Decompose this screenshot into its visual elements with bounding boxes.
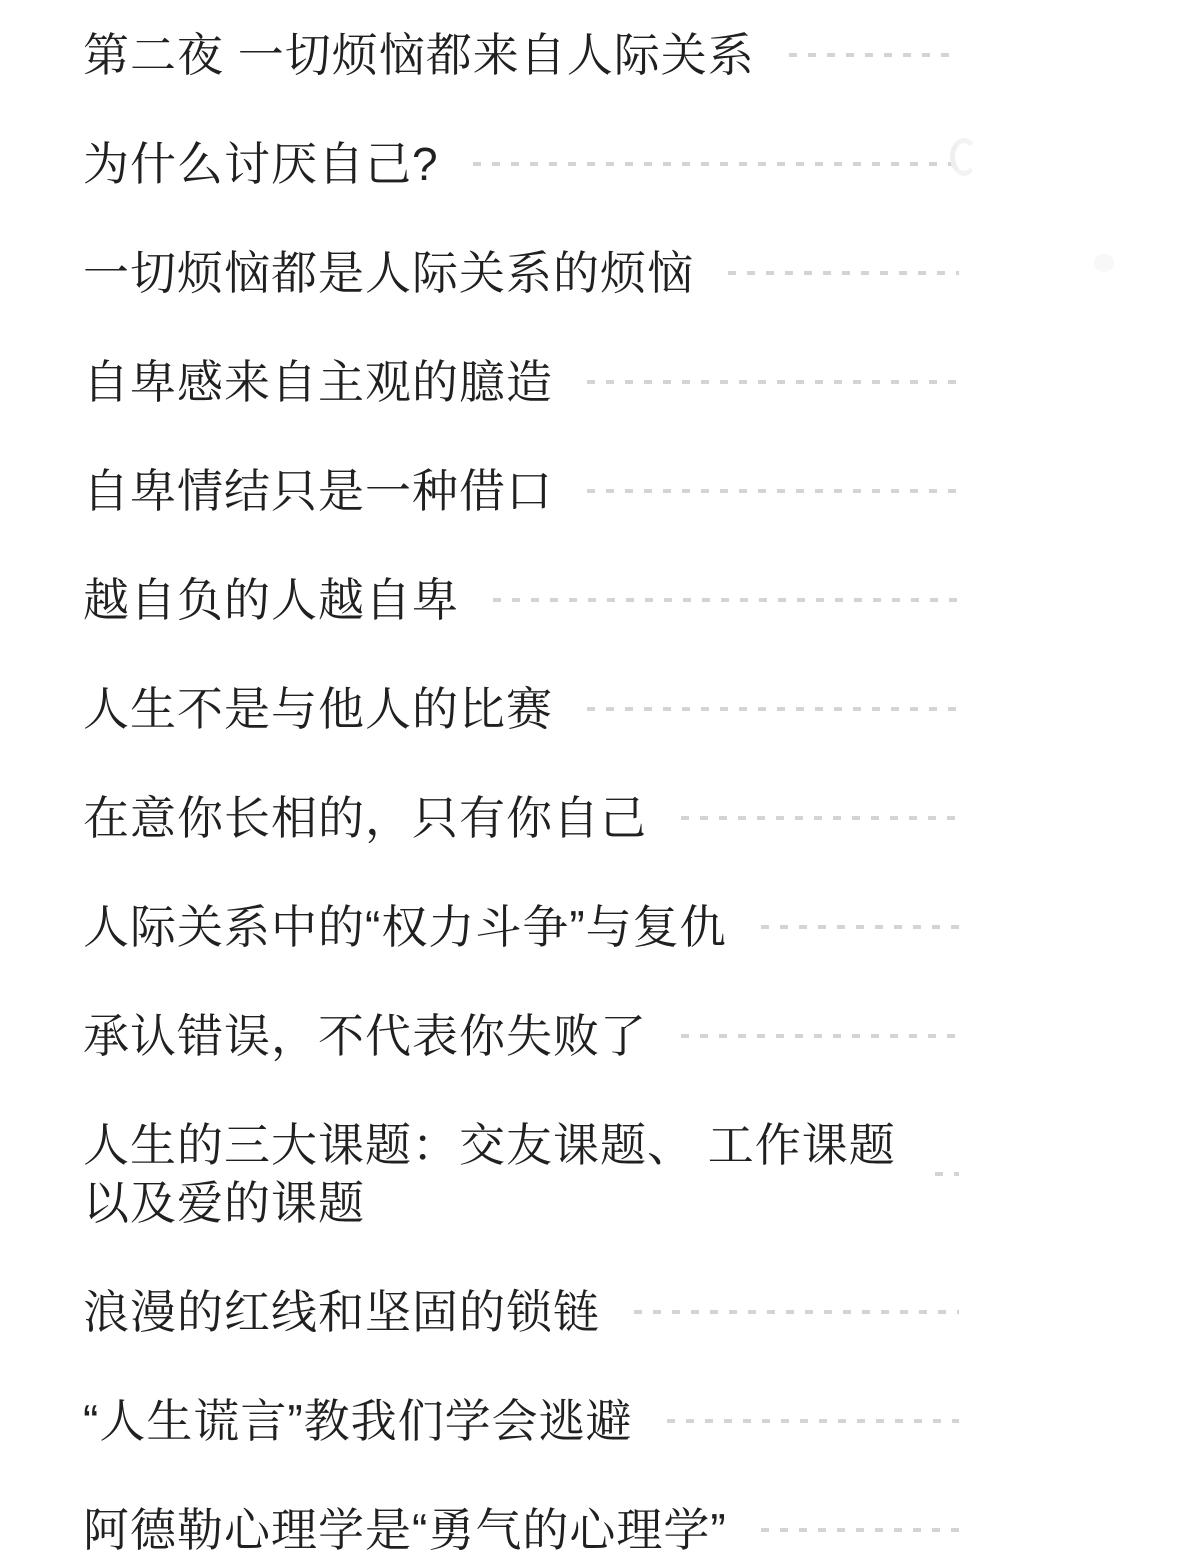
toc-entry-title[interactable]: 第二夜 一切烦恼都来自人际关系 bbox=[83, 26, 755, 84]
toc-entry-title[interactable]: 自卑感来自主观的臆造 bbox=[83, 353, 553, 411]
toc-entry-title[interactable]: 为什么讨厌自己? bbox=[83, 135, 439, 193]
dotted-leader bbox=[667, 1419, 959, 1423]
toc-list: 第二夜 一切烦恼都来自人际关系 为什么讨厌自己? 一切烦恼都是人际关系的烦恼 自… bbox=[83, 26, 1192, 1559]
toc-entry[interactable]: 自卑感来自主观的臆造 bbox=[83, 353, 959, 411]
dotted-leader bbox=[761, 1528, 959, 1532]
faint-page-artifact-arc bbox=[950, 138, 978, 176]
toc-entry[interactable]: 承认错误，不代表你失败了 bbox=[83, 1007, 959, 1065]
dotted-leader bbox=[634, 1310, 959, 1314]
toc-entry-title[interactable]: 人生不是与他人的比赛 bbox=[83, 680, 553, 738]
toc-entry-title[interactable]: 浪漫的红线和坚固的锁链 bbox=[83, 1283, 600, 1341]
toc-entry[interactable]: 第二夜 一切烦恼都来自人际关系 bbox=[83, 26, 959, 84]
toc-entry-title[interactable]: 越自负的人越自卑 bbox=[83, 571, 459, 629]
dotted-leader bbox=[587, 380, 959, 384]
toc-entry-title[interactable]: 一切烦恼都是人际关系的烦恼 bbox=[83, 244, 694, 302]
toc-entry-title[interactable]: 自卑情结只是一种借口 bbox=[83, 462, 553, 520]
toc-entry[interactable]: 人生不是与他人的比赛 bbox=[83, 680, 959, 738]
toc-entry-title[interactable]: 承认错误，不代表你失败了 bbox=[83, 1007, 647, 1065]
dotted-leader bbox=[587, 707, 959, 711]
toc-entry[interactable]: 越自负的人越自卑 bbox=[83, 571, 959, 629]
toc-entry[interactable]: “人生谎言”教我们学会逃避 bbox=[83, 1392, 959, 1450]
toc-entry[interactable]: 一切烦恼都是人际关系的烦恼 bbox=[83, 244, 959, 302]
dotted-leader bbox=[789, 53, 959, 57]
toc-entry[interactable]: 浪漫的红线和坚固的锁链 bbox=[83, 1283, 959, 1341]
toc-entry[interactable]: 在意你长相的，只有你自己 bbox=[83, 789, 959, 847]
toc-entry[interactable]: 人生的三大课题：交友课题、 工作课题以及爱的课题 bbox=[83, 1116, 959, 1232]
toc-entry[interactable]: 人际关系中的“权力斗争”与复仇 bbox=[83, 898, 959, 956]
toc-entry[interactable]: 阿德勒心理学是“勇气的心理学” bbox=[83, 1501, 959, 1559]
toc-entry-title[interactable]: “人生谎言”教我们学会逃避 bbox=[83, 1392, 633, 1450]
dotted-leader bbox=[935, 1172, 959, 1176]
faint-page-artifact-dot bbox=[1094, 254, 1114, 272]
toc-entry-title[interactable]: 人际关系中的“权力斗争”与复仇 bbox=[83, 898, 727, 956]
toc-entry[interactable]: 自卑情结只是一种借口 bbox=[83, 462, 959, 520]
toc-entry-title[interactable]: 在意你长相的，只有你自己 bbox=[83, 789, 647, 847]
dotted-leader bbox=[587, 489, 959, 493]
dotted-leader bbox=[493, 598, 959, 602]
dotted-leader bbox=[681, 1034, 959, 1038]
toc-entry-title[interactable]: 人生的三大课题：交友课题、 工作课题以及爱的课题 bbox=[83, 1116, 901, 1232]
dotted-leader bbox=[728, 271, 959, 275]
dotted-leader bbox=[681, 816, 959, 820]
toc-entry-title[interactable]: 阿德勒心理学是“勇气的心理学” bbox=[83, 1501, 727, 1559]
dotted-leader bbox=[473, 162, 959, 166]
table-of-contents-page: 第二夜 一切烦恼都来自人际关系 为什么讨厌自己? 一切烦恼都是人际关系的烦恼 自… bbox=[0, 0, 1192, 1560]
toc-entry[interactable]: 为什么讨厌自己? bbox=[83, 135, 959, 193]
dotted-leader bbox=[761, 925, 959, 929]
